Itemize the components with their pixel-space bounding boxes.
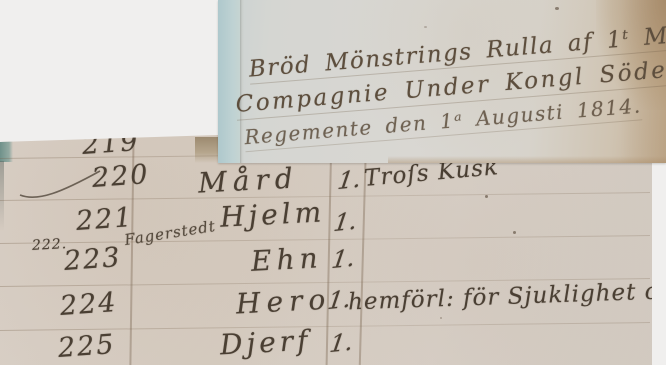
count-mark-220: 1. [336,165,363,195]
ink-speck [485,195,488,198]
ink-speck [424,26,427,28]
margin-number-222: 222. [32,236,68,254]
soldier-name-hero: Hero [235,283,332,321]
count-mark-223: 1. [330,244,357,274]
ink-speck [440,317,442,319]
ink-speck [555,7,559,10]
row-number-220: 220 [91,159,151,194]
margin-annotation: Fagerstedt [123,217,217,249]
row-number-224: 224 [59,287,119,322]
soldier-name-mard: Mård [197,161,299,199]
soldier-name-djerf: Djerf [219,324,312,362]
row-note-224: hemförl: för Sjuklighet o [348,279,652,316]
photo-left-edge-shadow [0,161,4,231]
photo-viewer-canvas: { "window": { "background": "#f0efee" },… [0,0,666,365]
ledger-photo: 219 220 Mård 1. Troſs Kusk 221 Hjelm 1. … [0,135,652,365]
header-photo: Bröd Mönstrings Rulla af 1ᵗ Maj Compagni… [218,0,666,163]
count-mark-221: 1. [332,207,359,237]
row-number-219: 219 [81,135,141,161]
soldier-name-ehn: Ehn [250,241,323,278]
ink-speck [513,231,516,234]
count-mark-225: 1. [328,328,355,358]
soldier-name-hjelm: Hjelm [219,195,326,233]
row-number-225: 225 [57,329,117,364]
table-corner-tan [195,137,219,163]
page-bottom-edge [388,156,666,163]
row-number-223: 223 [63,242,123,277]
title-text-block: Bröd Mönstrings Rulla af 1ᵗ Maj Compagni… [232,23,666,153]
